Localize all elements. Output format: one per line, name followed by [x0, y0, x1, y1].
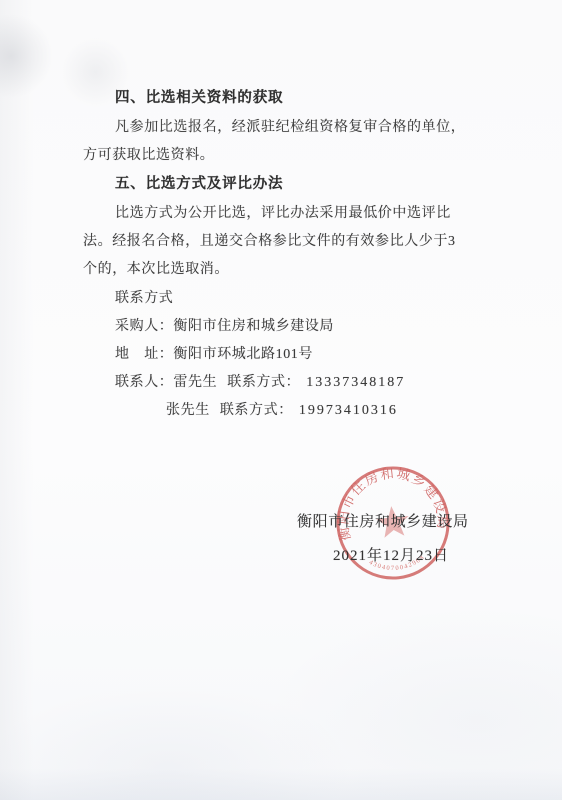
contact-heading: 联系方式: [115, 287, 173, 307]
section5-paragraph-line1: 比选方式为公开比选，评比办法采用最低价中选评比: [115, 202, 451, 222]
purchaser-label: 采购人：: [115, 319, 173, 334]
document-page: 四、比选相关资料的获取 凡参加比选报名，经派驻纪检组资格复审合格的单位， 方可获…: [0, 0, 562, 800]
contact2-name: 张先生: [166, 403, 210, 418]
signature-date: 2021年12月23日: [333, 544, 449, 565]
contact-person-line-1: 联系人：雷先生联系方式：13337348187: [115, 371, 405, 391]
address-value: 衡阳市环城北路101号: [173, 347, 313, 362]
section5-heading: 五、比选方式及评比办法: [115, 172, 283, 193]
signature-org: 衡阳市住房和城乡建设局: [297, 510, 469, 531]
section5-paragraph-line3: 个的，本次比选取消。: [83, 258, 229, 278]
contact2-phone-number: 19973410316: [299, 403, 398, 418]
address-line: 地 址：衡阳市环城北路101号: [115, 343, 313, 363]
section4-heading: 四、比选相关资料的获取: [115, 86, 283, 107]
contact2-phone-label: 联系方式：: [220, 403, 293, 418]
contact1-name: 雷先生: [173, 375, 217, 390]
purchaser-value: 衡阳市住房和城乡建设局: [173, 319, 334, 334]
section4-paragraph-line2: 方可获取比选资料。: [83, 144, 214, 164]
purchaser-line: 采购人：衡阳市住房和城乡建设局: [115, 315, 334, 335]
contact1-phone-number: 13337348187: [306, 375, 405, 390]
section5-paragraph-line2: 法。经报名合格，且递交合格参比文件的有效参比人少于3: [83, 230, 456, 250]
section4-paragraph-line1: 凡参加比选报名，经派驻纪检组资格复审合格的单位，: [115, 116, 465, 136]
address-label: 地 址：: [115, 347, 173, 362]
contact-person-line-2: 张先生联系方式：19973410316: [166, 399, 398, 419]
contact-label: 联系人：: [115, 375, 173, 390]
contact1-phone-label: 联系方式：: [227, 375, 300, 390]
